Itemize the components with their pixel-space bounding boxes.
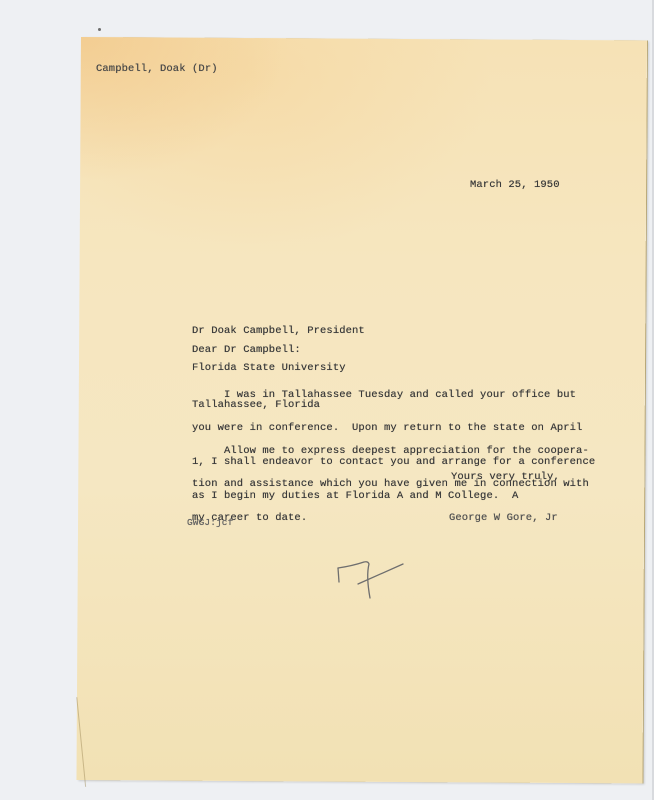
salutation: Dear Dr Campbell:: [192, 344, 301, 357]
paragraph-line: Allow me to express deepest appreciation…: [192, 446, 589, 457]
paragraph-line: I was in Tallahassee Tuesday and called …: [192, 390, 595, 401]
closing: Yours very truly,: [451, 471, 560, 484]
signature-name: George W Gore, Jr: [449, 512, 558, 525]
handwritten-seven-mark: [336, 558, 412, 604]
file-label: Campbell, Doak (Dr): [96, 63, 218, 76]
recipient-line: Dr Doak Campbell, President: [192, 326, 365, 337]
scan-speck: [98, 28, 101, 31]
letter-date: March 25, 1950: [470, 179, 560, 192]
reference-initials: GWGJ:jcf: [187, 516, 233, 529]
pencil-mark-icon: [336, 558, 412, 604]
